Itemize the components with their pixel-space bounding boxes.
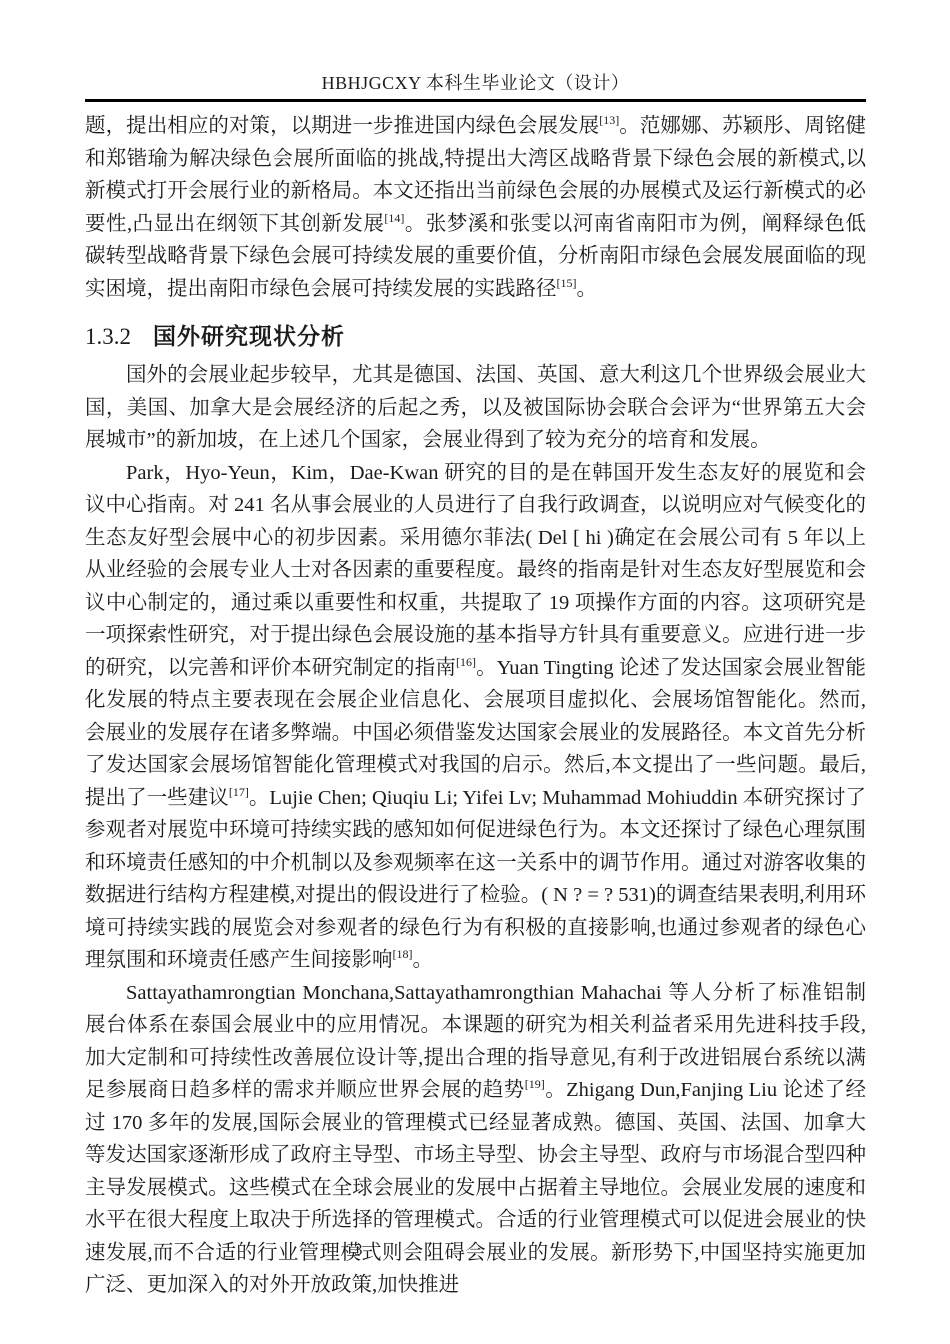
citation-ref: [17] (229, 785, 249, 799)
text-run: 。 (413, 949, 434, 971)
body-paragraph-2: 国外的会展业起步较早，尤其是德国、法国、英国、意大利这几个世界级会展业大国，美国… (85, 359, 866, 457)
body-paragraph-1: 题，提出相应的对策，以期进一步推进国内绿色会展发展[13]。范娜娜、苏颖彤、周铭… (85, 110, 866, 305)
citation-ref: [18] (393, 947, 413, 961)
header-divider (85, 99, 866, 102)
document-page: HBHJGCXY 本科生毕业论文（设计） 题，提出相应的对策，以期进一步推进国内… (0, 0, 950, 1344)
citation-ref: [13] (599, 113, 619, 127)
text-run: 题，提出相应的对策，以期进一步推进国内绿色会展发展 (85, 115, 599, 137)
text-run: 。Lujie Chen; Qiuqiu Li; Yifei Lv; Muhamm… (85, 787, 866, 972)
text-run: Park，Hyo-Yeun，Kim，Dae-Kwan 研究的目的是在韩国开发生态… (85, 462, 866, 679)
section-title: 国外研究现状分析 (153, 323, 345, 349)
page-number: 3 (354, 1239, 363, 1261)
page-header: HBHJGCXY 本科生毕业论文（设计） (85, 72, 866, 94)
section-number: 1.3.2 (85, 324, 131, 349)
citation-ref: [16] (456, 655, 476, 669)
header-title: HBHJGCXY 本科生毕业论文（设计） (322, 73, 630, 93)
citation-ref: [19] (525, 1077, 545, 1091)
page-body: 题，提出相应的对策，以期进一步推进国内绿色会展发展[13]。范娜娜、苏颖彤、周铭… (85, 110, 866, 1302)
citation-ref: [14] (384, 211, 404, 225)
text-run: 国外的会展业起步较早，尤其是德国、法国、英国、意大利这几个世界级会展业大国，美国… (85, 364, 866, 451)
citation-ref: [15] (557, 276, 577, 290)
text-run: 。 (577, 278, 598, 300)
section-heading: 1.3.2国外研究现状分析 (85, 318, 866, 355)
body-paragraph-3: Park，Hyo-Yeun，Kim，Dae-Kwan 研究的目的是在韩国开发生态… (85, 457, 866, 977)
page-footer: 3 (0, 1239, 950, 1269)
